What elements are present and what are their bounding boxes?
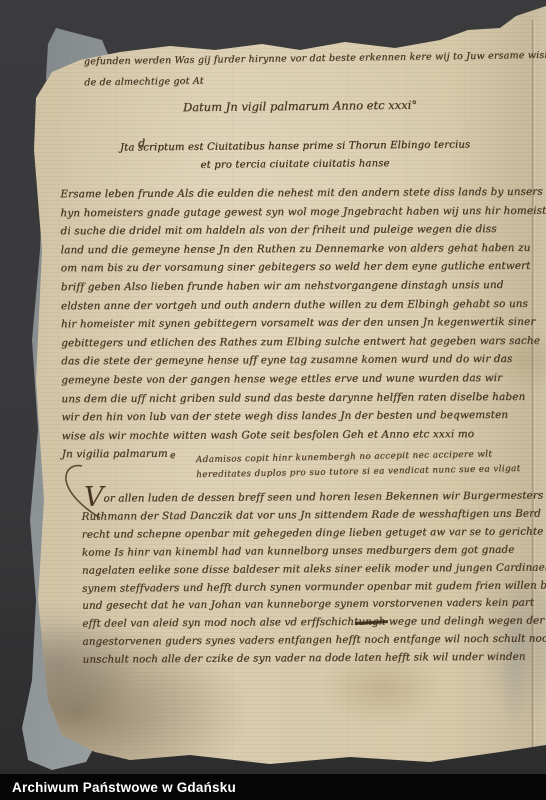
- address-heading: Jta scriptum est Ciuitatibus hanse prime…: [120, 136, 470, 175]
- text-line: uns dem die uff nicht griben suld sund d…: [61, 387, 546, 408]
- text-line: hir homeister mit synen gebittegern vors…: [61, 313, 546, 334]
- dateline: Datum Jn vigil palmarum Anno etc xxxi°: [150, 97, 450, 114]
- paragraph-letter-body: Ersame leben frunde Als die eulden die n…: [60, 183, 546, 465]
- text-line: hyn homeisters gnade gutage gewest syn w…: [60, 201, 546, 222]
- text-line: eldsten anne der vortgeh und outh andern…: [61, 294, 546, 315]
- text-line: wise als wir mochte witten wash Gote sei…: [62, 424, 546, 445]
- text-line: om nam bis zu der vorsamung siner gebite…: [61, 257, 546, 278]
- text-line: et pro tercia ciuitate ciuitatis hanse: [120, 154, 470, 175]
- paragraph-charter-body: or allen luden de dessen breff seen und …: [81, 487, 546, 670]
- text-line: unschult noch alle der czike de syn vade…: [83, 648, 546, 669]
- text-line: Jta scriptum est Ciuitatibus hanse prime…: [120, 136, 470, 157]
- text-line: gemeyne beste von der gangen hense wege …: [61, 369, 546, 390]
- text-line: land und die gemeyne hense Jn den Ruthen…: [61, 238, 546, 259]
- scan-background: gefunden werden Was gij furder hirynne v…: [0, 0, 546, 800]
- text-line: briff geben Also lieben frunde haben wir…: [61, 276, 546, 297]
- text-line: gebittegers und etlichen des Rathes zum …: [61, 331, 546, 352]
- text-line: di suche die dridel mit om haldeln als v…: [60, 220, 546, 241]
- text-line: wir den hin von lub van der stete wegh d…: [61, 406, 546, 427]
- text-line: das die stete der gemeyne hense uff eyne…: [61, 350, 546, 371]
- manuscript-page: gefunden werden Was gij furder hirynne v…: [0, 0, 546, 800]
- margin-mark: e: [170, 451, 175, 461]
- latin-marginal-note: Adamisos copit hinr kunembergh no accepi…: [196, 447, 521, 483]
- archive-name-label: Archiwum Państwowe w Gdańsku: [12, 780, 236, 795]
- archive-caption-bar: Archiwum Państwowe w Gdańsku: [0, 774, 546, 800]
- text-line: Ersame leben frunde Als die eulden die n…: [60, 183, 546, 204]
- opening-fragment: gefunden werden Was gij furder hirynne v…: [84, 45, 546, 94]
